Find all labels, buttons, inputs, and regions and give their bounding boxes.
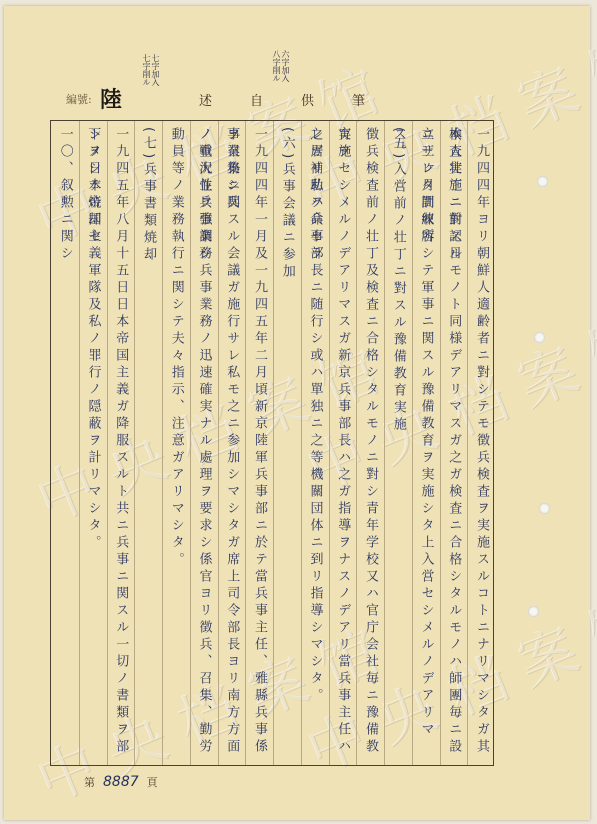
text-column: 徴兵検査前ノ壮丁及検査ニ合格シタルモノニ對シ青年学校又ハ官庁会社毎ニ豫備教育ヲ	[356, 127, 384, 765]
text-column: 一九四五年八月十五日日本帝国主義ガ降服スルト共ニ兵事ニ関スル一切ノ書類ヲ部下ヲシ…	[107, 127, 135, 765]
text-column: 一九四四年ヨリ朝鮮人適齢者ニ對シテモ徴兵検査ヲ実施スルコトニナリマシタガ其検査実…	[467, 127, 495, 765]
number-code: 陸	[100, 83, 122, 114]
text-column: 実施セシメルノデアリマスガ新京兵事部長ハ之ガ指導ヲナスノデアリ當兵事主任ハ之ガ補…	[329, 127, 357, 765]
text-column: ノ重大性ヲ強調シ兵事業務ノ迅速確実ナル處理ヲ要求シ係官ヨリ徴兵、召集、勤労	[190, 127, 218, 756]
text-column: 動員等ノ業務執行ニ関シテ夫々指示、注意ガアリマシタ。	[162, 127, 190, 569]
margin-note-left: 七字加入七字削ル	[142, 54, 160, 86]
binder-hole	[534, 332, 545, 343]
text-column: シメ日本帝国主義軍隊及私ノ罪行ノ隠蔽ヲ計リマシタ。	[79, 127, 107, 552]
text-column: (五)入営前ノ壮丁ニ對スル豫備教育実施	[384, 127, 412, 434]
text-column: (六)兵事会議ニ参加	[273, 127, 301, 281]
binder-hole	[528, 606, 539, 617]
text-column: 本人壮丁ニ對スルモノト同様デアリマスガ之ガ検査ニ合格シタルモノハ師團毎ニ設立サレ…	[440, 127, 468, 765]
text-column: 一九四四年一月及一九四五年二月頃新京陸軍兵事部ニ於テ當兵事主任、雅縣兵事係ヲ召集…	[245, 127, 273, 765]
binder-hole	[537, 176, 548, 187]
text-column: ニ三ヶ月間収容シテ軍事ニ関スル豫備教育ヲ実施シタ上入営セシメルノデアリマス。	[412, 127, 440, 765]
number-label: 編號:	[66, 91, 92, 107]
margin-note-right: 六字加入八字削ル	[272, 50, 290, 82]
footer-prefix: 第	[84, 776, 95, 789]
document-page: 中央档案馆 中央档案馆 中央档案馆 中央档案馆 中央档案馆 中央档案馆 編號: …	[4, 6, 590, 820]
text-column: レ居リ私ハ兵事部長ニ随行シ或ハ單独ニ之等機關団体ニ到リ指導シマシタ。	[301, 127, 329, 705]
text-column: 事業務ニ関スル会議ガ施行サレ私モ之ニ参加シマシタガ席上司令部長ヨリ南方方面ノ戦況…	[218, 127, 246, 765]
page-number: 8887	[103, 774, 139, 790]
manuscript-grid: 一九四四年ヨリ朝鮮人適齢者ニ對シテモ徴兵検査ヲ実施スルコトニナリマシタガ其検査実…	[50, 120, 494, 766]
document-title: 述自供筆	[199, 90, 403, 109]
page-footer: 第8887頁	[84, 774, 158, 790]
text-column: (七)兵事書類焼却	[134, 127, 162, 264]
text-column: 一〇、叙勲ニ関シ	[51, 127, 79, 263]
footer-suffix: 頁	[147, 776, 158, 789]
binder-hole	[539, 503, 550, 514]
